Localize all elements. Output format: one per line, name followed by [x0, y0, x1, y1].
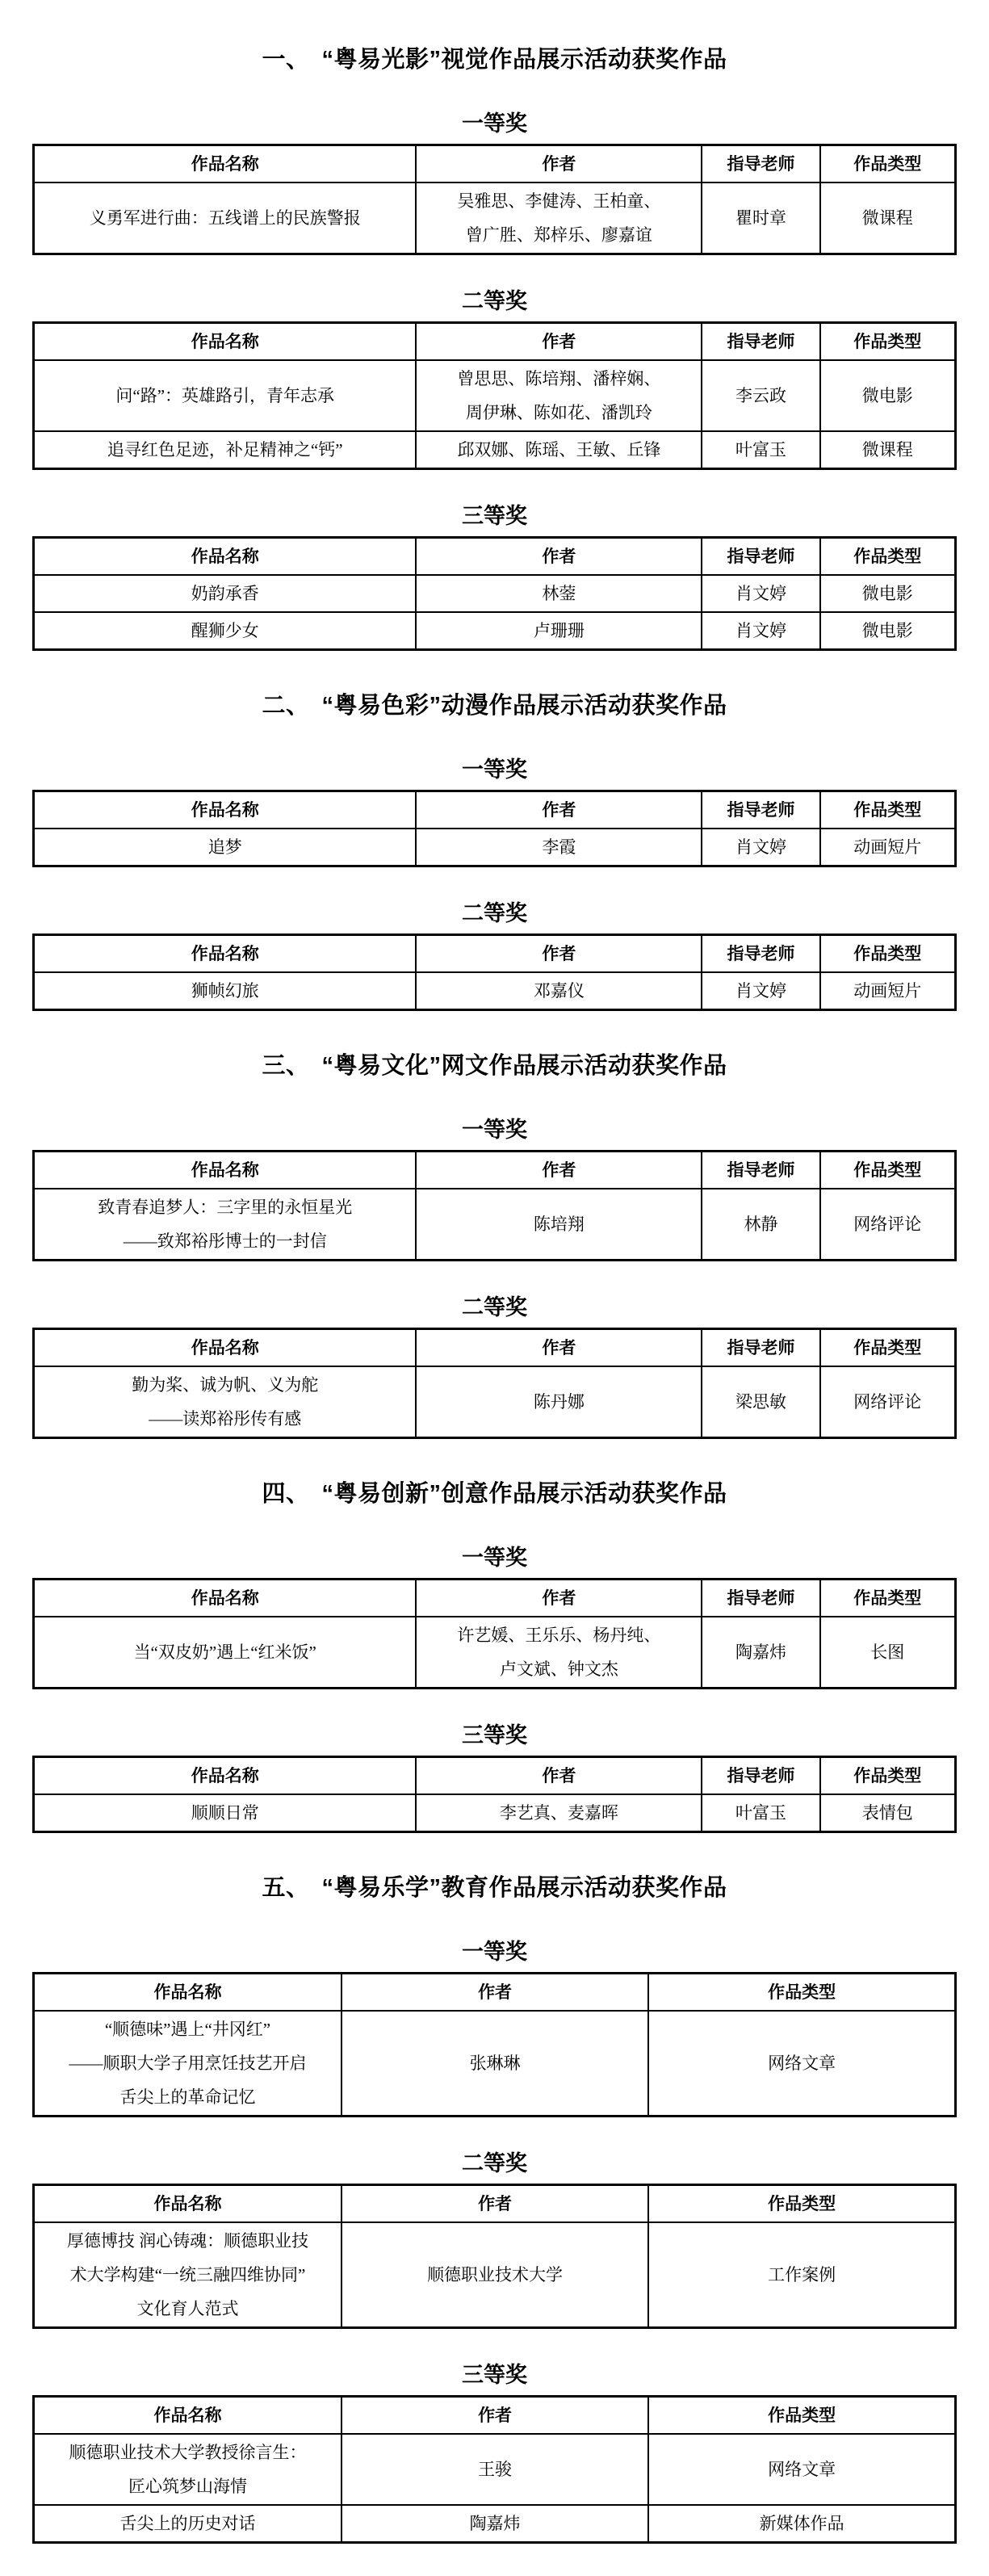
work-type-cell: 新媒体作品: [648, 2505, 955, 2543]
table-row: 舌尖上的历史对话 陶嘉炜 新媒体作品: [34, 2505, 956, 2543]
header-author: 作者: [416, 1757, 702, 1795]
work-type-cell: 网络文章: [648, 2434, 955, 2505]
work-name-cell: 追梦: [34, 829, 417, 866]
header-advisor: 指导老师: [702, 791, 819, 829]
author-cell: 曾思思、陈培翔、潘梓娴、 周伊琳、陈如花、潘凯玲: [416, 360, 702, 431]
author-cell: 吴雅思、李健涛、王柏童、 曾广胜、郑梓乐、廖嘉谊: [416, 183, 702, 254]
header-work-name: 作品名称: [34, 1757, 417, 1795]
header-work-type: 作品类型: [820, 791, 956, 829]
header-advisor: 指导老师: [702, 145, 819, 183]
section-5-second-prize-label: 二等奖: [32, 2150, 957, 2177]
header-work-type: 作品类型: [820, 935, 956, 973]
advisor-cell: 李云政: [702, 360, 819, 431]
work-name-cell: 当“双皮奶”遇上“红米饭”: [34, 1617, 417, 1689]
section-3-first-prize-label: 一等奖: [32, 1116, 957, 1143]
section-3-first-prize-table: 作品名称 作者 指导老师 作品类型 致青春追梦人：三字里的永恒星光 ——致郑裕彤…: [32, 1150, 957, 1261]
author-cell: 李艺真、麦嘉晖: [416, 1794, 702, 1832]
section-1-first-prize-table: 作品名称 作者 指导老师 作品类型 义勇军进行曲：五线谱上的民族警报 吴雅思、李…: [32, 144, 957, 255]
header-work-name: 作品名称: [34, 2397, 342, 2435]
header-author: 作者: [342, 2185, 648, 2223]
work-name-cell: 致青春追梦人：三字里的永恒星光 ——致郑裕彤博士的一封信: [34, 1189, 417, 1261]
header-row: 作品名称 作者 作品类型: [34, 2397, 956, 2435]
advisor-cell: 陶嘉炜: [702, 1617, 819, 1689]
header-work-name: 作品名称: [34, 1580, 417, 1617]
header-author: 作者: [416, 1152, 702, 1189]
work-type-cell: 网络评论: [820, 1189, 956, 1261]
author-cell: 李霞: [416, 829, 702, 866]
table-row: 问“路”：英雄路引，青年志承 曾思思、陈培翔、潘梓娴、 周伊琳、陈如花、潘凯玲 …: [34, 360, 956, 431]
author-cell: 陈培翔: [416, 1189, 702, 1261]
section-2-first-prize-table: 作品名称 作者 指导老师 作品类型 追梦 李霞 肖文婷 动画短片: [32, 790, 957, 867]
header-work-name: 作品名称: [34, 323, 417, 361]
advisor-cell: 梁思敏: [702, 1366, 819, 1438]
section-4-third-prize-label: 三等奖: [32, 1722, 957, 1749]
section-4-first-prize-label: 一等奖: [32, 1544, 957, 1571]
work-type-cell: 表情包: [820, 1794, 956, 1832]
table-row: 顺顺日常 李艺真、麦嘉晖 叶富玉 表情包: [34, 1794, 956, 1832]
advisor-cell: 肖文婷: [702, 612, 819, 650]
table-row: 勤为桨、诚为帆、义为舵 ——读郑裕彤传有感 陈丹娜 梁思敏 网络评论: [34, 1366, 956, 1438]
section-1-third-prize-table: 作品名称 作者 指导老师 作品类型 奶韵承香 林蓥 肖文婷 微电影 醒狮少女 卢…: [32, 536, 957, 651]
section-4-title: 四、 “粤易创新”创意作品展示活动获奖作品: [32, 1476, 957, 1512]
table-row: 奶韵承香 林蓥 肖文婷 微电影: [34, 575, 956, 612]
author-cell: 林蓥: [416, 575, 702, 612]
header-row: 作品名称 作者 指导老师 作品类型: [34, 323, 956, 361]
header-author: 作者: [342, 1974, 648, 2012]
header-row: 作品名称 作者 指导老师 作品类型: [34, 1152, 956, 1189]
work-name-cell: 追寻红色足迹，补足精神之“钙”: [34, 431, 417, 469]
section-2-second-prize-label: 二等奖: [32, 900, 957, 927]
work-type-cell: 动画短片: [820, 972, 956, 1010]
work-type-cell: 网络文章: [648, 2011, 955, 2117]
work-name-cell: “顺德味”遇上“井冈红” ——顺职大学子用烹饪技艺开启 舌尖上的革命记忆: [34, 2011, 342, 2117]
header-row: 作品名称 作者 指导老师 作品类型: [34, 538, 956, 576]
table-row: 致青春追梦人：三字里的永恒星光 ——致郑裕彤博士的一封信 陈培翔 林静 网络评论: [34, 1189, 956, 1261]
author-cell: 王骏: [342, 2434, 648, 2505]
table-row: 厚德博技 润心铸魂：顺德职业技 术大学构建“一统三融四维协同” 文化育人范式 顺…: [34, 2222, 956, 2328]
header-author: 作者: [416, 145, 702, 183]
section-2-first-prize-label: 一等奖: [32, 756, 957, 783]
author-cell: 邓嘉仪: [416, 972, 702, 1010]
header-row: 作品名称 作者 作品类型: [34, 1974, 956, 2012]
author-cell: 顺德职业技术大学: [342, 2222, 648, 2328]
author-cell: 许艺媛、王乐乐、杨丹纯、 卢文斌、钟文杰: [416, 1617, 702, 1689]
section-1-first-prize-label: 一等奖: [32, 110, 957, 137]
section-1-second-prize-table: 作品名称 作者 指导老师 作品类型 问“路”：英雄路引，青年志承 曾思思、陈培翔…: [32, 321, 957, 470]
section-3-second-prize-table: 作品名称 作者 指导老师 作品类型 勤为桨、诚为帆、义为舵 ——读郑裕彤传有感 …: [32, 1328, 957, 1439]
work-name-cell: 义勇军进行曲：五线谱上的民族警报: [34, 183, 417, 254]
header-row: 作品名称 作者 指导老师 作品类型: [34, 1329, 956, 1367]
author-cell: 卢珊珊: [416, 612, 702, 650]
award-document: 一、 “粤易光影”视觉作品展示活动获奖作品 一等奖 作品名称 作者 指导老师 作…: [32, 0, 957, 2576]
header-work-name: 作品名称: [34, 145, 417, 183]
header-advisor: 指导老师: [702, 1757, 819, 1795]
work-name-cell: 顺顺日常: [34, 1794, 417, 1832]
header-author: 作者: [416, 1329, 702, 1367]
work-type-cell: 微电影: [820, 575, 956, 612]
header-work-name: 作品名称: [34, 935, 417, 973]
header-advisor: 指导老师: [702, 538, 819, 576]
header-work-name: 作品名称: [34, 1329, 417, 1367]
work-type-cell: 微电影: [820, 612, 956, 650]
header-advisor: 指导老师: [702, 935, 819, 973]
header-work-type: 作品类型: [648, 2397, 955, 2435]
section-5-first-prize-label: 一等奖: [32, 1938, 957, 1966]
section-3-second-prize-label: 二等奖: [32, 1294, 957, 1321]
header-advisor: 指导老师: [702, 323, 819, 361]
section-5-third-prize-label: 三等奖: [32, 2361, 957, 2389]
work-name-cell: 问“路”：英雄路引，青年志承: [34, 360, 417, 431]
table-row: 追寻红色足迹，补足精神之“钙” 邱双娜、陈瑶、王敏、丘锋 叶富玉 微课程: [34, 431, 956, 469]
section-4-first-prize-table: 作品名称 作者 指导老师 作品类型 当“双皮奶”遇上“红米饭” 许艺媛、王乐乐、…: [32, 1578, 957, 1689]
table-row: 追梦 李霞 肖文婷 动画短片: [34, 829, 956, 866]
advisor-cell: 肖文婷: [702, 972, 819, 1010]
author-cell: 张琳琳: [342, 2011, 648, 2117]
header-author: 作者: [416, 538, 702, 576]
advisor-cell: 叶富玉: [702, 1794, 819, 1832]
table-row: “顺德味”遇上“井冈红” ——顺职大学子用烹饪技艺开启 舌尖上的革命记忆 张琳琳…: [34, 2011, 956, 2117]
section-1-second-prize-label: 二等奖: [32, 287, 957, 315]
author-cell: 陶嘉炜: [342, 2505, 648, 2543]
header-work-type: 作品类型: [820, 1152, 956, 1189]
section-2-title: 二、 “粤易色彩”动漫作品展示活动获奖作品: [32, 688, 957, 724]
header-author: 作者: [416, 791, 702, 829]
section-5-title: 五、 “粤易乐学”教育作品展示活动获奖作品: [32, 1870, 957, 1906]
section-5-first-prize-table: 作品名称 作者 作品类型 “顺德味”遇上“井冈红” ——顺职大学子用烹饪技艺开启…: [32, 1972, 957, 2117]
work-name-cell: 狮帧幻旅: [34, 972, 417, 1010]
table-row: 当“双皮奶”遇上“红米饭” 许艺媛、王乐乐、杨丹纯、 卢文斌、钟文杰 陶嘉炜 长…: [34, 1617, 956, 1689]
advisor-cell: 林静: [702, 1189, 819, 1261]
header-row: 作品名称 作者 指导老师 作品类型: [34, 1757, 956, 1795]
work-type-cell: 网络评论: [820, 1366, 956, 1438]
header-work-type: 作品类型: [820, 323, 956, 361]
section-3-title: 三、 “粤易文化”网文作品展示活动获奖作品: [32, 1048, 957, 1084]
section-5-second-prize-table: 作品名称 作者 作品类型 厚德博技 润心铸魂：顺德职业技 术大学构建“一统三融四…: [32, 2184, 957, 2329]
author-cell: 邱双娜、陈瑶、王敏、丘锋: [416, 431, 702, 469]
section-1-title: 一、 “粤易光影”视觉作品展示活动获奖作品: [32, 42, 957, 78]
header-work-type: 作品类型: [820, 1580, 956, 1617]
header-advisor: 指导老师: [702, 1152, 819, 1189]
header-author: 作者: [342, 2397, 648, 2435]
table-row: 狮帧幻旅 邓嘉仪 肖文婷 动画短片: [34, 972, 956, 1010]
author-cell: 陈丹娜: [416, 1366, 702, 1438]
header-work-type: 作品类型: [820, 1329, 956, 1367]
table-row: 顺德职业技术大学教授徐言生： 匠心筑梦山海情 王骏 网络文章: [34, 2434, 956, 2505]
work-type-cell: 工作案例: [648, 2222, 955, 2328]
header-work-type: 作品类型: [820, 538, 956, 576]
section-2-second-prize-table: 作品名称 作者 指导老师 作品类型 狮帧幻旅 邓嘉仪 肖文婷 动画短片: [32, 933, 957, 1011]
header-author: 作者: [416, 323, 702, 361]
header-work-type: 作品类型: [648, 2185, 955, 2223]
advisor-cell: 肖文婷: [702, 829, 819, 866]
header-row: 作品名称 作者 指导老师 作品类型: [34, 791, 956, 829]
table-row: 义勇军进行曲：五线谱上的民族警报 吴雅思、李健涛、王柏童、 曾广胜、郑梓乐、廖嘉…: [34, 183, 956, 254]
header-row: 作品名称 作者 指导老师 作品类型: [34, 145, 956, 183]
work-name-cell: 厚德博技 润心铸魂：顺德职业技 术大学构建“一统三融四维协同” 文化育人范式: [34, 2222, 342, 2328]
header-advisor: 指导老师: [702, 1329, 819, 1367]
header-author: 作者: [416, 1580, 702, 1617]
work-name-cell: 勤为桨、诚为帆、义为舵 ——读郑裕彤传有感: [34, 1366, 417, 1438]
header-work-name: 作品名称: [34, 2185, 342, 2223]
header-advisor: 指导老师: [702, 1580, 819, 1617]
advisor-cell: 肖文婷: [702, 575, 819, 612]
work-type-cell: 微课程: [820, 431, 956, 469]
work-type-cell: 微课程: [820, 183, 956, 254]
advisor-cell: 瞿时章: [702, 183, 819, 254]
header-row: 作品名称 作者 指导老师 作品类型: [34, 1580, 956, 1617]
header-work-name: 作品名称: [34, 1152, 417, 1189]
header-work-name: 作品名称: [34, 538, 417, 576]
work-type-cell: 微电影: [820, 360, 956, 431]
header-work-name: 作品名称: [34, 791, 417, 829]
work-type-cell: 长图: [820, 1617, 956, 1689]
header-row: 作品名称 作者 作品类型: [34, 2185, 956, 2223]
table-row: 醒狮少女 卢珊珊 肖文婷 微电影: [34, 612, 956, 650]
header-author: 作者: [416, 935, 702, 973]
section-4-third-prize-table: 作品名称 作者 指导老师 作品类型 顺顺日常 李艺真、麦嘉晖 叶富玉 表情包: [32, 1756, 957, 1833]
work-name-cell: 奶韵承香: [34, 575, 417, 612]
header-row: 作品名称 作者 指导老师 作品类型: [34, 935, 956, 973]
work-type-cell: 动画短片: [820, 829, 956, 866]
work-name-cell: 舌尖上的历史对话: [34, 2505, 342, 2543]
work-name-cell: 顺德职业技术大学教授徐言生： 匠心筑梦山海情: [34, 2434, 342, 2505]
section-5-third-prize-table: 作品名称 作者 作品类型 顺德职业技术大学教授徐言生： 匠心筑梦山海情 王骏 网…: [32, 2395, 957, 2544]
header-work-type: 作品类型: [820, 145, 956, 183]
header-work-type: 作品类型: [820, 1757, 956, 1795]
header-work-type: 作品类型: [648, 1974, 955, 2012]
section-1-third-prize-label: 三等奖: [32, 502, 957, 530]
work-name-cell: 醒狮少女: [34, 612, 417, 650]
header-work-name: 作品名称: [34, 1974, 342, 2012]
advisor-cell: 叶富玉: [702, 431, 819, 469]
